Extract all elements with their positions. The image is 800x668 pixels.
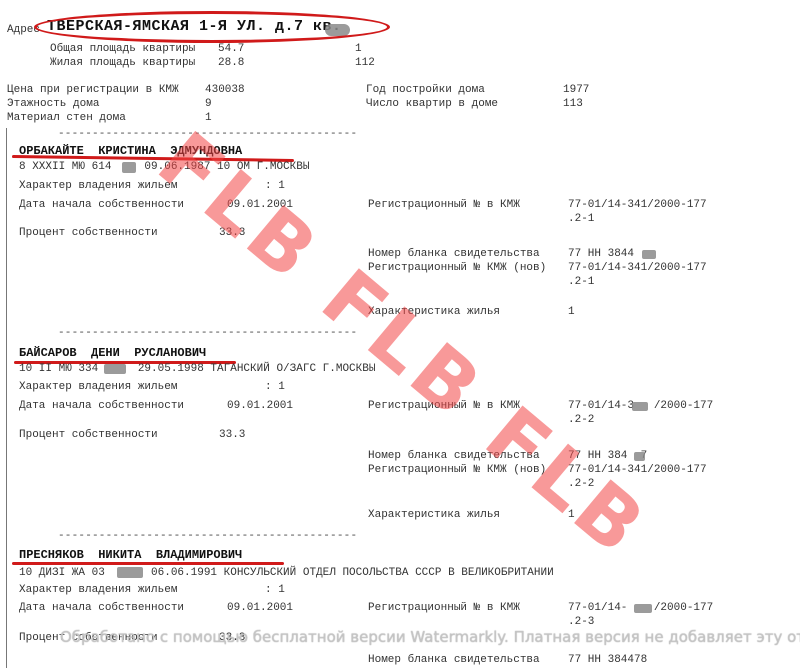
start-date-value: 09.01.2001 xyxy=(227,602,293,615)
apartments-label: Число квартир в доме xyxy=(366,98,498,111)
left-border-line xyxy=(6,128,7,668)
year-label: Год постройки дома xyxy=(366,84,485,97)
housing-char-value: 1 xyxy=(568,509,575,522)
owner-document: 8 XXXII МЮ 614 09.06.1987 10 ОМ Г.МОСКВЫ xyxy=(19,161,309,174)
living-area-right: 112 xyxy=(355,57,375,70)
reg-number-suffix: .2-1 xyxy=(568,213,594,226)
owner-name: ПРЕСНЯКОВ НИКИТА ВЛАДИМИРОВИЧ xyxy=(19,549,242,562)
reg-number-label: Регистрационный № в КМЖ xyxy=(368,602,520,615)
certificate-value: 77 НН 384478 xyxy=(568,654,647,667)
separator: ----------------------------------------… xyxy=(58,327,357,340)
flb-diagonal-watermark: FLB FLB FLB xyxy=(141,116,664,576)
price-label: Цена при регистрации в КМЖ xyxy=(7,84,179,97)
start-date-label: Дата начала собственности xyxy=(19,602,184,615)
apartments-value: 113 xyxy=(563,98,583,111)
separator: ----------------------------------------… xyxy=(58,530,357,543)
housing-char-label: Характеристика жилья xyxy=(368,509,500,522)
share-label: Процент собственности xyxy=(19,429,158,442)
reg-number-new-suffix: .2-1 xyxy=(568,276,594,289)
redaction xyxy=(632,402,648,411)
total-area-value: 54.7 xyxy=(218,43,244,56)
reg-number-label: Регистрационный № в КМЖ xyxy=(368,400,520,413)
price-value: 430038 xyxy=(205,84,245,97)
material-value: 1 xyxy=(205,112,212,125)
redaction xyxy=(122,162,136,173)
start-date-value: 09.01.2001 xyxy=(227,199,293,212)
address-highlight-ellipse xyxy=(34,11,390,43)
housing-char-label: Характеристика жилья xyxy=(368,306,500,319)
floors-value: 9 xyxy=(205,98,212,111)
reg-number-value: 77-01/14-341/2000-177 xyxy=(568,199,707,212)
share-label: Процент собственности xyxy=(19,227,158,240)
living-area-label: Жилая площадь квартиры xyxy=(50,57,195,70)
watermarkly-watermark: Обработано с помощью бесплатной версии W… xyxy=(60,628,800,646)
redaction xyxy=(634,604,652,613)
reg-number-new-suffix: .2-2 xyxy=(568,478,594,491)
living-area-value: 28.8 xyxy=(218,57,244,70)
ownership-type-value: : 1 xyxy=(265,180,285,193)
certificate-value: 77 НН 3844 xyxy=(568,248,634,261)
share-value: 33.3 xyxy=(219,632,245,645)
redaction xyxy=(104,364,126,374)
reg-number-new-label: Регистрационный № КМЖ (нов) xyxy=(368,464,546,477)
reg-number-new-value: 77-01/14-341/2000-177 xyxy=(568,464,707,477)
reg-number-suffix: .2-2 xyxy=(568,414,594,427)
reg-number-label: Регистрационный № в КМЖ xyxy=(368,199,520,212)
reg-number-new-value: 77-01/14-341/2000-177 xyxy=(568,262,707,275)
material-label: Материал стен дома xyxy=(7,112,126,125)
share-label: Процент собственности xyxy=(19,632,158,645)
start-date-label: Дата начала собственности xyxy=(19,400,184,413)
name-underline xyxy=(12,562,284,565)
ownership-type-value: : 1 xyxy=(265,381,285,394)
reg-number-suffix: .2-3 xyxy=(568,616,594,629)
certificate-label: Номер бланка свидетельства xyxy=(368,654,540,667)
start-date-label: Дата начала собственности xyxy=(19,199,184,212)
ownership-type-label: Характер владения жильем xyxy=(19,180,177,193)
share-value: 33.3 xyxy=(219,227,245,240)
ownership-type-value: : 1 xyxy=(265,584,285,597)
start-date-value: 09.01.2001 xyxy=(227,400,293,413)
ownership-type-label: Характер владения жильем xyxy=(19,584,177,597)
housing-char-value: 1 xyxy=(568,306,575,319)
redaction xyxy=(642,250,656,259)
floors-label: Этажность дома xyxy=(7,98,99,111)
redaction xyxy=(634,452,645,461)
certificate-label: Номер бланка свидетельства xyxy=(368,450,540,463)
owner-document: 10 II МЮ 334 29.05.1998 ТАГАНСКИЙ О/ЗАГС… xyxy=(19,363,375,376)
total-area-label: Общая площадь квартиры xyxy=(50,43,195,56)
share-value: 33.3 xyxy=(219,429,245,442)
owner-name: БАЙСАРОВ ДЕНИ РУСЛАНОВИЧ xyxy=(19,347,206,360)
redaction xyxy=(117,567,143,578)
separator: ----------------------------------------… xyxy=(58,128,357,141)
ownership-type-label: Характер владения жильем xyxy=(19,381,177,394)
year-value: 1977 xyxy=(563,84,589,97)
total-area-right: 1 xyxy=(355,43,362,56)
certificate-label: Номер бланка свидетельства xyxy=(368,248,540,261)
reg-number-new-label: Регистрационный № КМЖ (нов) xyxy=(368,262,546,275)
owner-document: 10 ДИЗI ЖА 03 06.06.1991 КОНСУЛЬСКИЙ ОТД… xyxy=(19,567,554,580)
